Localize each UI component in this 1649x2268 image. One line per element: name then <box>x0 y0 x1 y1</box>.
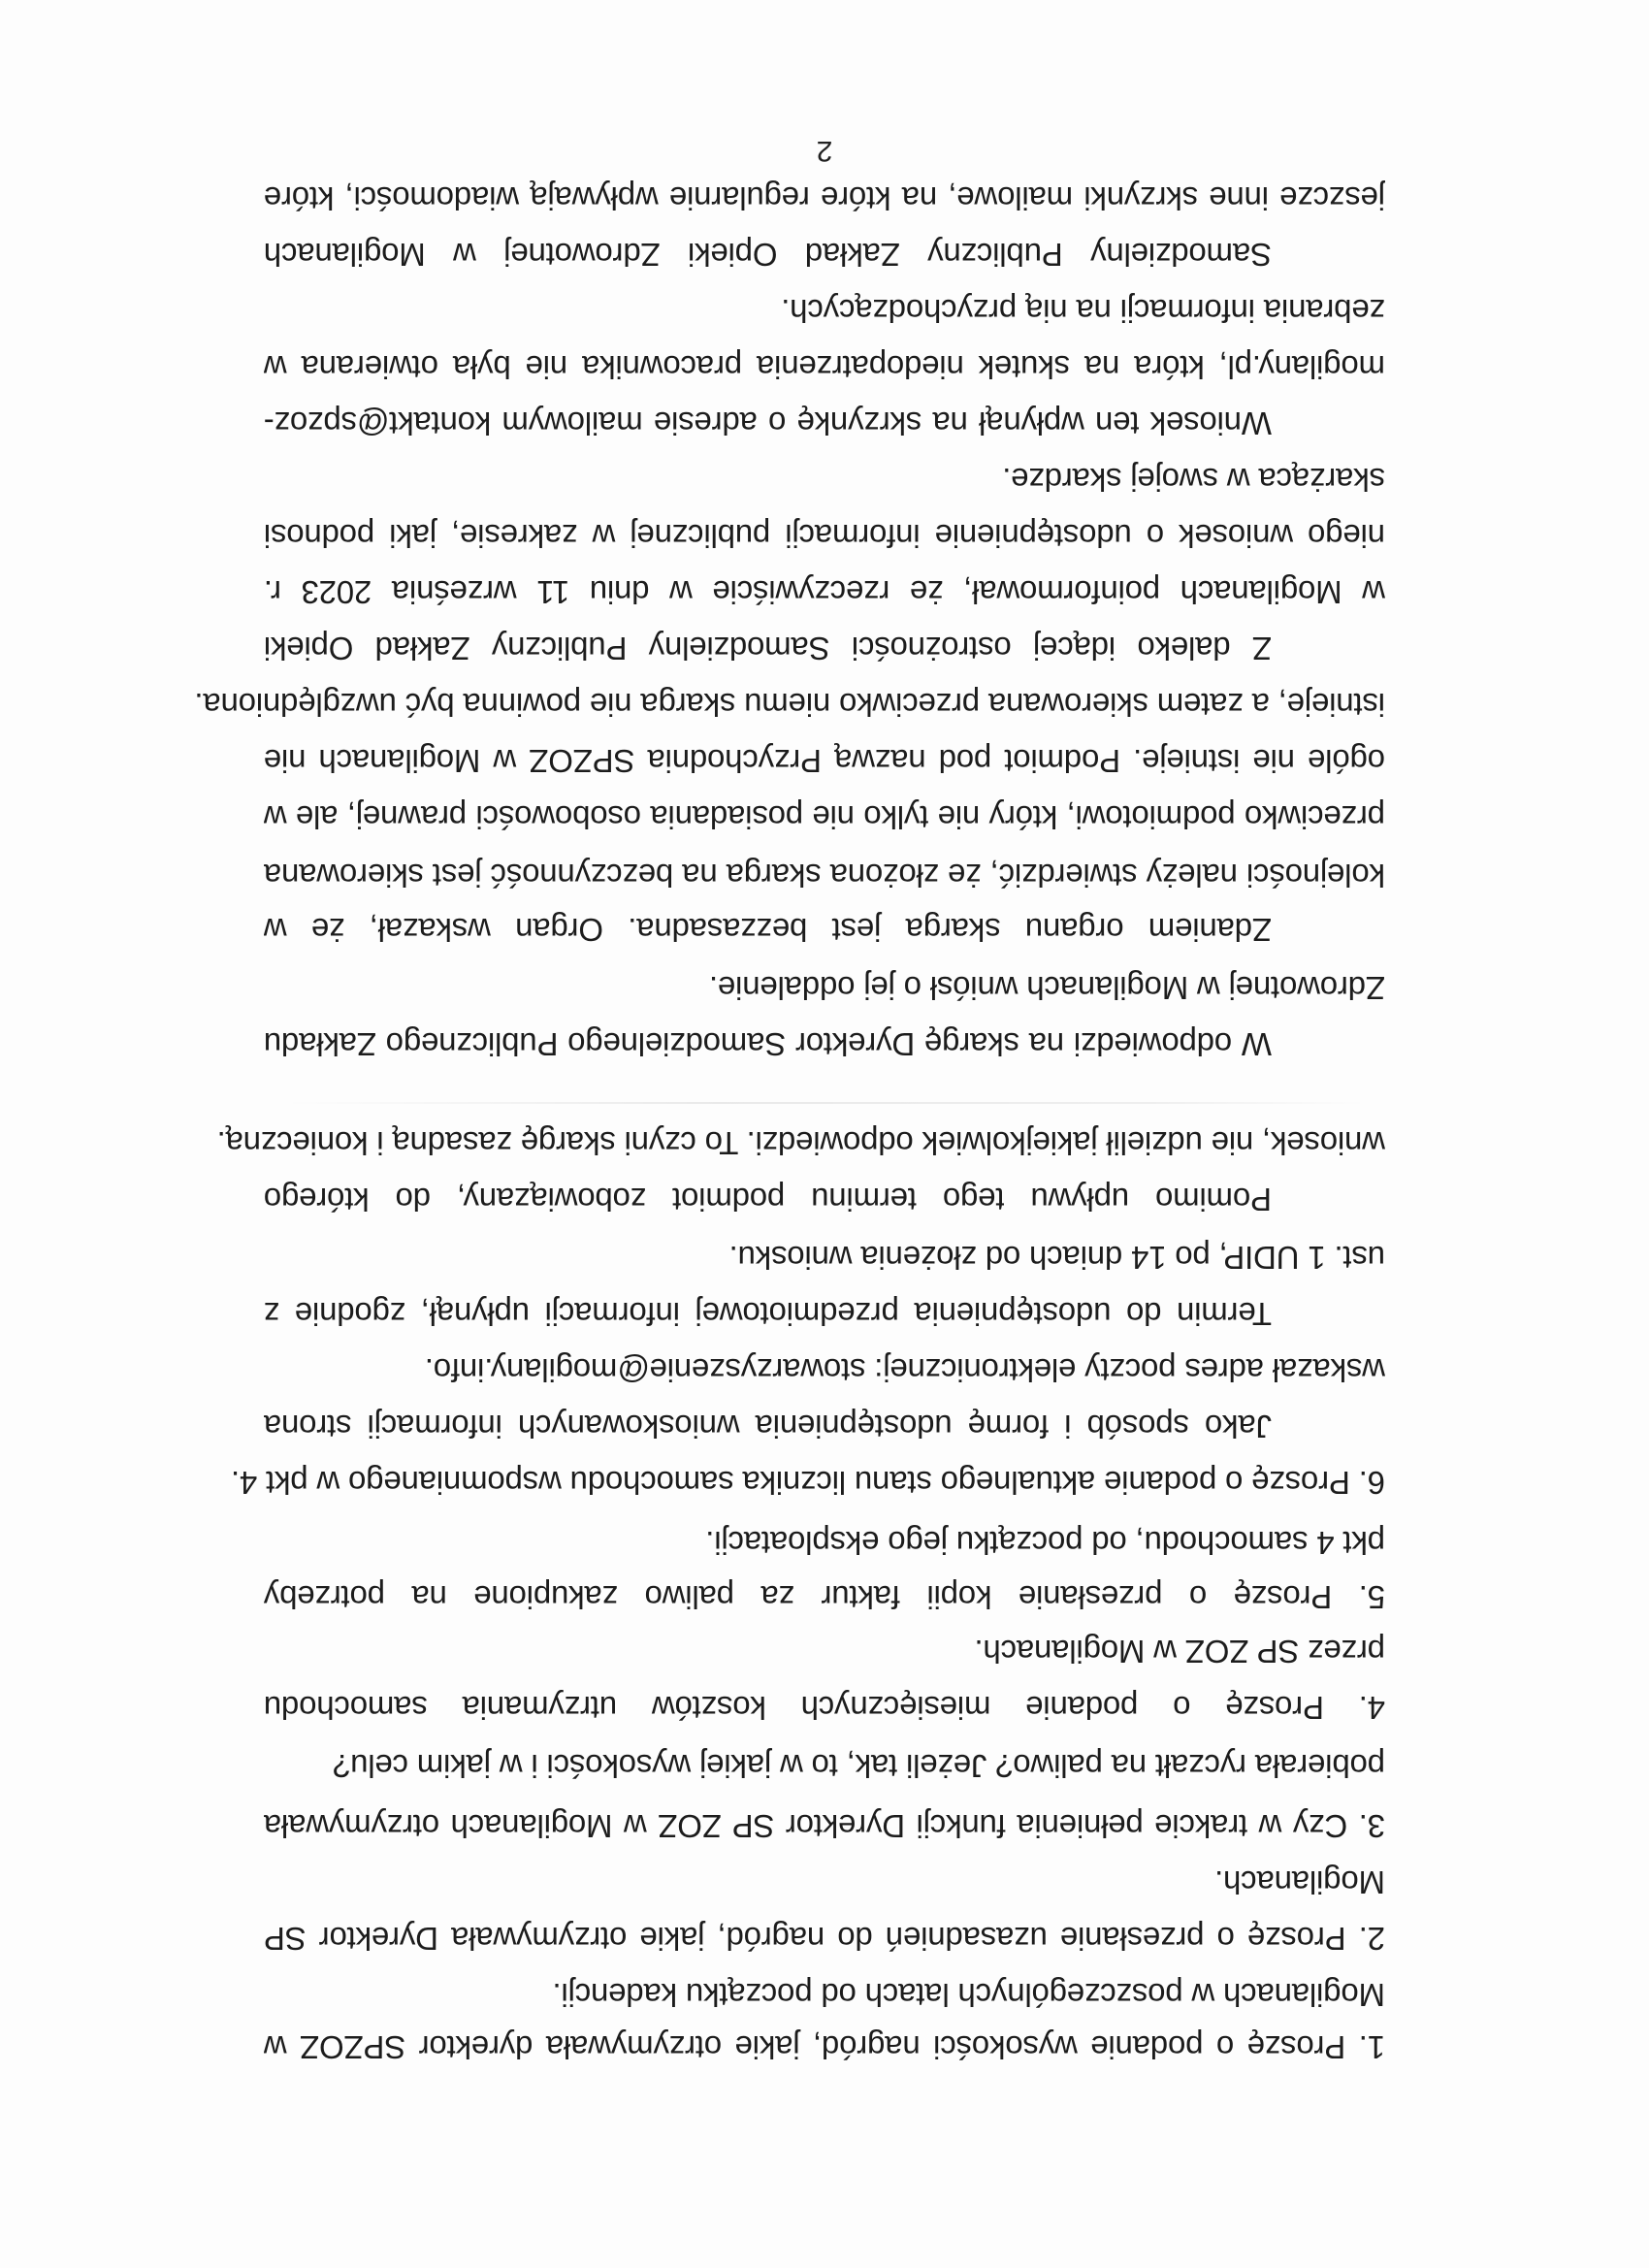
term-paragraph-line-2: ust. 1 UDIP, po 14 dniach od złożenia wn… <box>264 1238 1385 1277</box>
question-1-line-1: 1. Proszę o podanie wysokości nagród, ja… <box>264 2027 1385 2066</box>
mailbox-paragraph-line-2: mogilany.pl, która na skutek niedopatrze… <box>264 347 1385 386</box>
document-page: 1. Proszę o podanie wysokości nagród, ja… <box>0 0 1649 2268</box>
question-3-line-1: 3. Czy w trakcie pełnienia funkcji Dyrek… <box>264 1806 1385 1845</box>
question-1-line-2: Mogilanach w poszczególnych latach od po… <box>264 1975 1385 2014</box>
caution-paragraph-line-1: Z daleko idącej ostrożności Samodzielny … <box>264 629 1272 667</box>
form-paragraph-line-1: Jako sposób i formę udostępnienia wniosk… <box>264 1407 1272 1445</box>
question-5-line-2: pkt 4 samochodu, od początku jego eksplo… <box>264 1523 1385 1562</box>
page-number: 2 <box>0 134 1649 167</box>
other-mailboxes-line-2: jeszcze inne skrzynki mailowe, na które … <box>264 178 1385 217</box>
caution-paragraph-line-2: w Mogilanach poinformował, że rzeczywiśc… <box>264 572 1385 611</box>
scan-artifact <box>281 1102 1368 1104</box>
opinion-paragraph-line-5: istnieje, a zatem skierowana przeciwko n… <box>264 685 1385 724</box>
question-2-line-2: Mogilanach. <box>264 1863 1385 1901</box>
opinion-paragraph-line-4: ogóle nie istnieje. Podmiot pod nazwą Pr… <box>264 741 1385 780</box>
despite-paragraph-line-1: Pomimo upływu tego terminu podmiot zobow… <box>264 1180 1272 1218</box>
opinion-paragraph-line-1: Zdaniem organu skarga jest bezzasadna. O… <box>264 910 1272 949</box>
question-4-line-1: 4. Proszę o podanie miesięcznych kosztów… <box>264 1688 1385 1727</box>
opinion-paragraph-line-3: przeciwko podmiotowi, który nie tylko ni… <box>264 797 1385 836</box>
form-paragraph-line-2: wskazał adres poczty elektronicznej: sto… <box>264 1350 1385 1389</box>
caution-paragraph-line-4: skarżąca w swojej skardze. <box>264 460 1385 499</box>
despite-paragraph-line-2: wniosek, nie udzielił jakiejkolwiek odpo… <box>264 1123 1385 1162</box>
question-2-line-1: 2. Proszę o przesłanie uzasadnień do nag… <box>264 1919 1385 1958</box>
question-5-line-1: 5. Proszę o przesłanie kopii faktur za p… <box>264 1577 1385 1616</box>
caution-paragraph-line-3: niego wniosek o udostępnienie informacji… <box>264 516 1385 555</box>
term-paragraph-line-1: Termin do udostępnienia przedmiotowej in… <box>264 1294 1272 1333</box>
response-paragraph-line-1: W odpowiedzi na skargę Dyrektor Samodzie… <box>264 1024 1272 1063</box>
other-mailboxes-line-1: Samodzielny Publiczny Zakład Opieki Zdro… <box>264 235 1272 274</box>
question-3-line-2: pobierała ryczałt na paliwo? Jeżeli tak,… <box>264 1746 1385 1785</box>
mailbox-paragraph-line-1: Wniosek ten wpłynął na skrzynkę o adresi… <box>264 404 1272 442</box>
mailbox-paragraph-line-3: zebrania informacji na nią przychodzącyc… <box>264 291 1385 330</box>
question-4-line-2: przez SP ZOZ w Mogilanach. <box>264 1632 1385 1670</box>
response-paragraph-line-2: Zdrowotnej w Mogilanach wniósł o jej odd… <box>264 968 1385 1007</box>
question-6-line-1: 6. Proszę o podanie aktualnego stanu lic… <box>264 1463 1385 1502</box>
opinion-paragraph-line-2: kolejności należy stwierdzić, że złożona… <box>264 856 1385 894</box>
